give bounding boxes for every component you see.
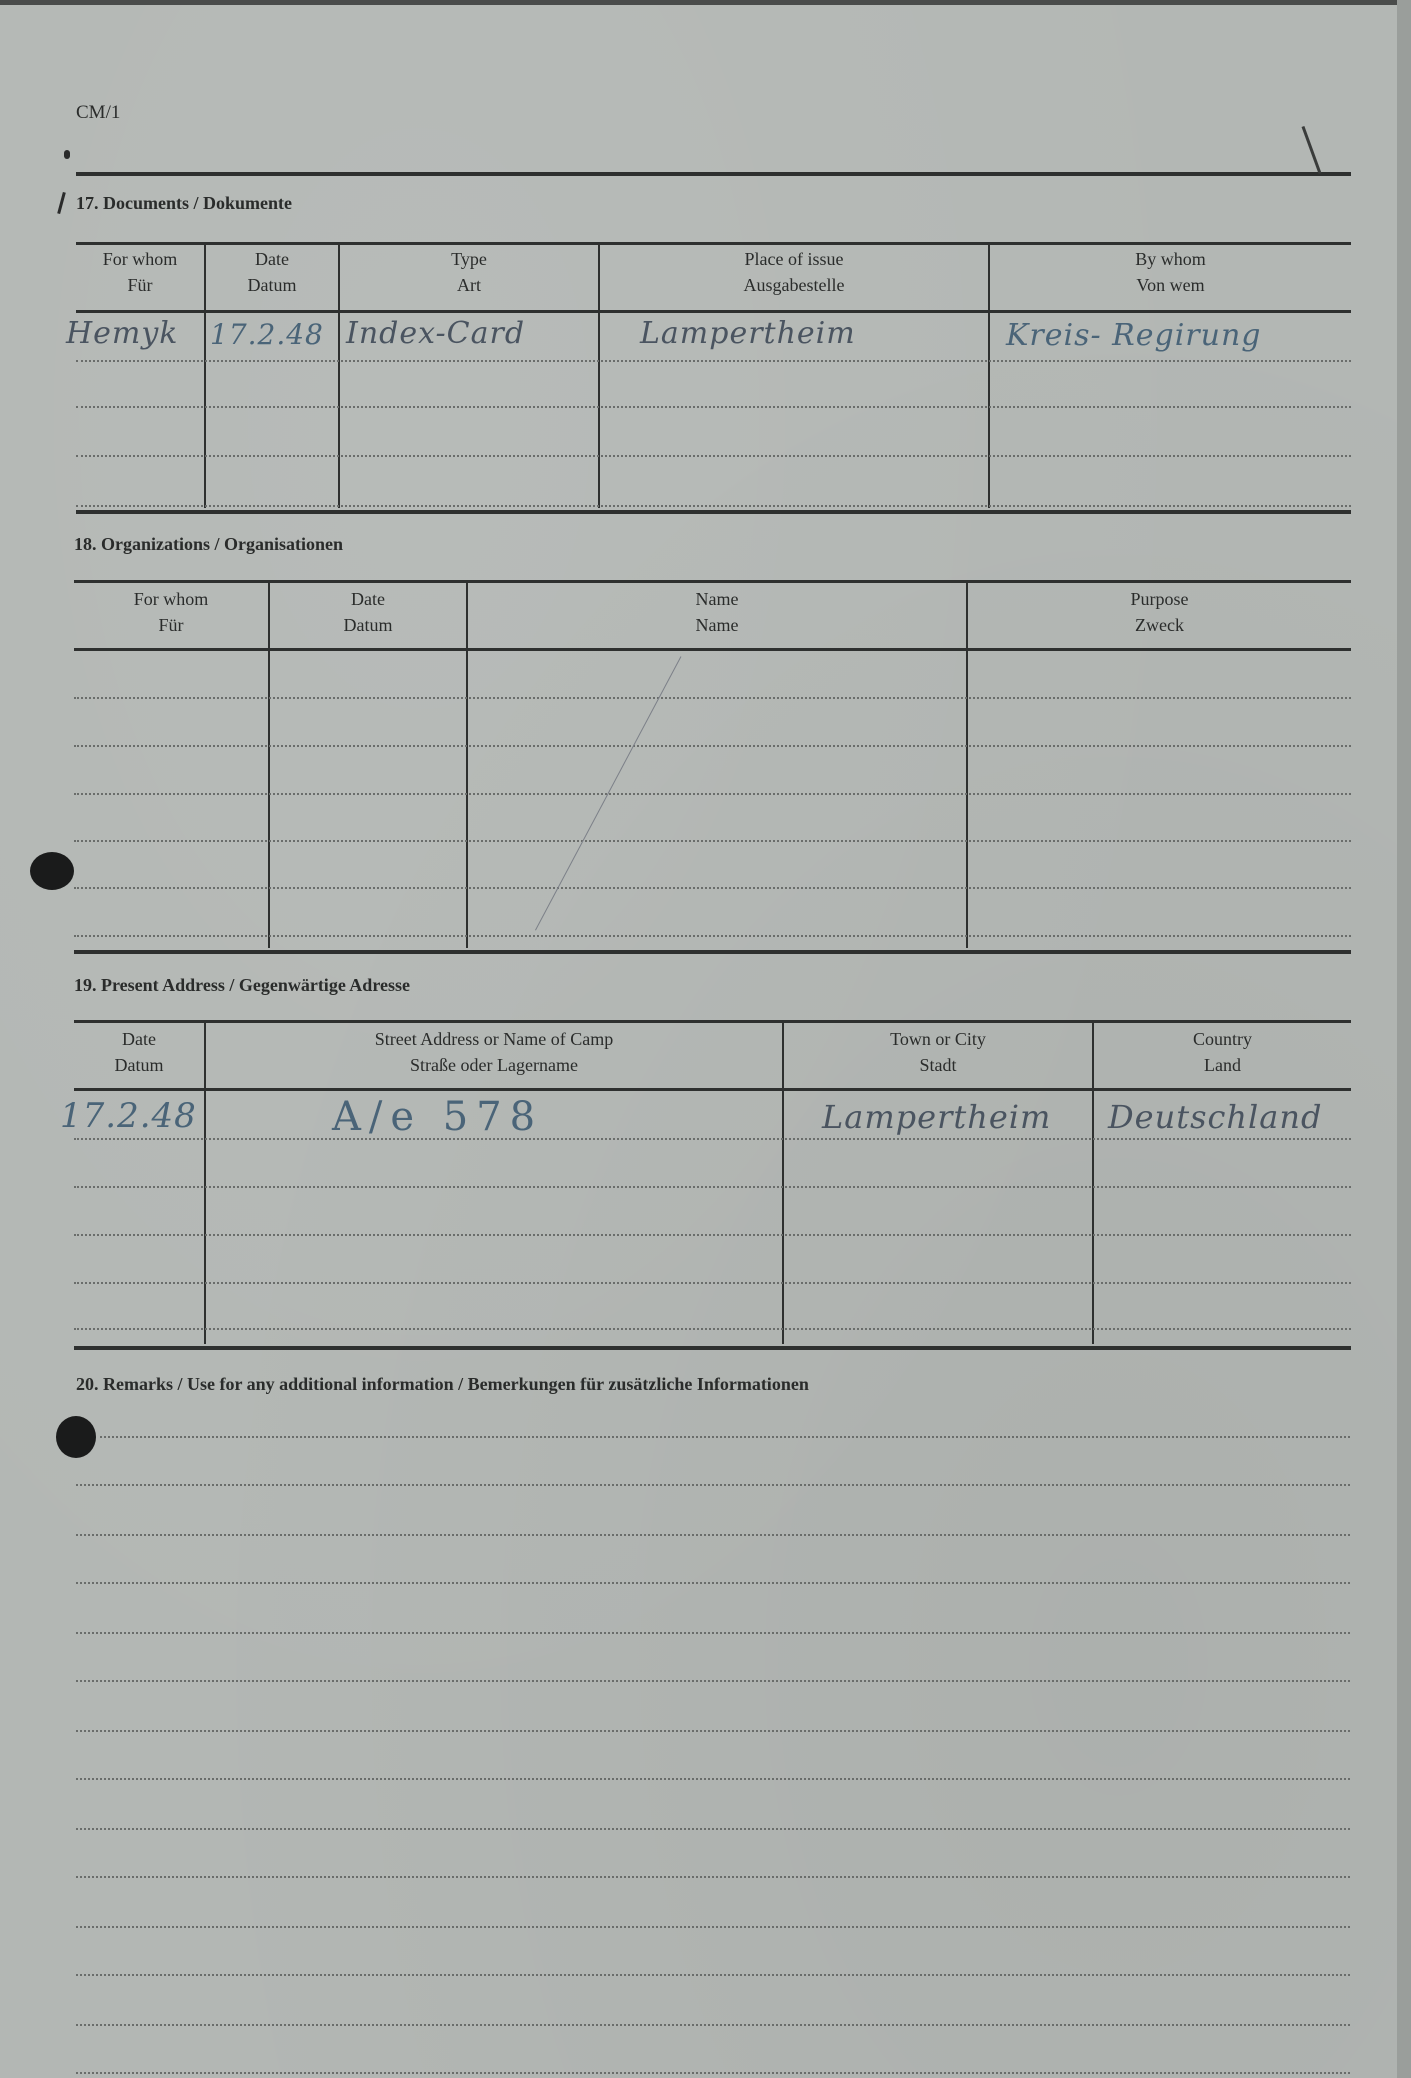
section-17-title: 17. Documents / Dokumente bbox=[76, 193, 292, 214]
table17-row-line bbox=[76, 455, 1351, 457]
table19-row-line bbox=[74, 1328, 1351, 1330]
table17-header-type: TypeArt bbox=[340, 246, 598, 298]
cell-type: Index-Card bbox=[346, 316, 525, 351]
table17-header-date: DateDatum bbox=[206, 246, 338, 298]
section-20-title: 20. Remarks / Use for any additional inf… bbox=[76, 1374, 809, 1395]
cell-place: Lampertheim bbox=[640, 316, 856, 351]
table18-row-line bbox=[74, 745, 1351, 747]
table18-row-line bbox=[74, 840, 1351, 842]
remarks-line bbox=[76, 1632, 1350, 1634]
remarks-line bbox=[76, 2024, 1350, 2026]
table17-header-by-whom: By whomVon wem bbox=[990, 246, 1351, 298]
table17-header-for-whom: For whomFür bbox=[76, 246, 204, 298]
table18-header-date: DateDatum bbox=[270, 586, 466, 638]
cell-country: Deutschland bbox=[1108, 1098, 1322, 1136]
page-top-edge bbox=[0, 0, 1411, 5]
remarks-line bbox=[76, 1876, 1350, 1878]
cell-date: 17.2.48 bbox=[210, 318, 324, 351]
table18-row-line bbox=[74, 935, 1351, 937]
cell-for-whom: Hemyk bbox=[66, 316, 179, 351]
table19-row-line bbox=[74, 1138, 1351, 1140]
remarks-line bbox=[76, 1730, 1350, 1732]
section-18-title: 18. Organizations / Organisationen bbox=[74, 534, 343, 555]
table18-header-rule bbox=[74, 648, 1351, 651]
table19-row-line bbox=[74, 1186, 1351, 1188]
punch-hole bbox=[56, 1416, 96, 1458]
cell-street: A/e 578 bbox=[332, 1094, 543, 1140]
table18-header-purpose: PurposeZweck bbox=[968, 586, 1351, 638]
table17-row-line bbox=[76, 360, 1351, 362]
table17-bottom-rule bbox=[76, 510, 1351, 514]
page-right-edge bbox=[1397, 0, 1411, 2078]
table19-row-line bbox=[74, 1234, 1351, 1236]
table17-header-place: Place of issueAusgabestelle bbox=[600, 246, 988, 298]
table17-header-rule bbox=[76, 310, 1351, 313]
form-id: CM/1 bbox=[76, 102, 120, 124]
table18-header-name: NameName bbox=[468, 586, 966, 638]
top-divider bbox=[76, 172, 1351, 176]
table17-top-rule bbox=[76, 242, 1351, 245]
table19-bottom-rule bbox=[74, 1346, 1351, 1350]
remarks-line bbox=[76, 2072, 1350, 2074]
section-19-title: 19. Present Address / Gegenwärtige Adres… bbox=[74, 975, 410, 996]
remarks-line bbox=[100, 1436, 1350, 1438]
remarks-line bbox=[76, 1680, 1350, 1682]
ink-dot bbox=[64, 150, 70, 159]
cell-date: 17.2.48 bbox=[60, 1096, 197, 1136]
remarks-line bbox=[76, 1582, 1350, 1584]
table19-header-rule bbox=[74, 1088, 1351, 1091]
table18-row-line bbox=[74, 697, 1351, 699]
table18-top-rule bbox=[74, 580, 1351, 583]
table19-header-date: DateDatum bbox=[74, 1026, 204, 1078]
table18-bottom-rule bbox=[74, 950, 1351, 954]
remarks-line bbox=[76, 1926, 1350, 1928]
cell-by-whom: Kreis- Regirung bbox=[1006, 318, 1262, 353]
remarks-line bbox=[76, 1974, 1350, 1976]
remarks-line bbox=[76, 1534, 1350, 1536]
remarks-line bbox=[76, 1778, 1350, 1780]
table19-row-line bbox=[74, 1282, 1351, 1284]
table18-row-line bbox=[74, 887, 1351, 889]
remarks-line bbox=[76, 1484, 1350, 1486]
table19-header-town: Town or CityStadt bbox=[784, 1026, 1092, 1078]
table18-header-for-whom: For whomFür bbox=[74, 586, 268, 638]
table19-header-country: CountryLand bbox=[1094, 1026, 1351, 1078]
remarks-line bbox=[76, 1828, 1350, 1830]
table17-row-line bbox=[76, 505, 1351, 507]
punch-hole bbox=[30, 852, 74, 890]
table19-header-street: Street Address or Name of CampStraße ode… bbox=[206, 1026, 782, 1078]
cell-town: Lampertheim bbox=[822, 1098, 1051, 1136]
table18-row-line bbox=[74, 793, 1351, 795]
table19-top-rule bbox=[74, 1020, 1351, 1023]
table17-row-line bbox=[76, 406, 1351, 408]
